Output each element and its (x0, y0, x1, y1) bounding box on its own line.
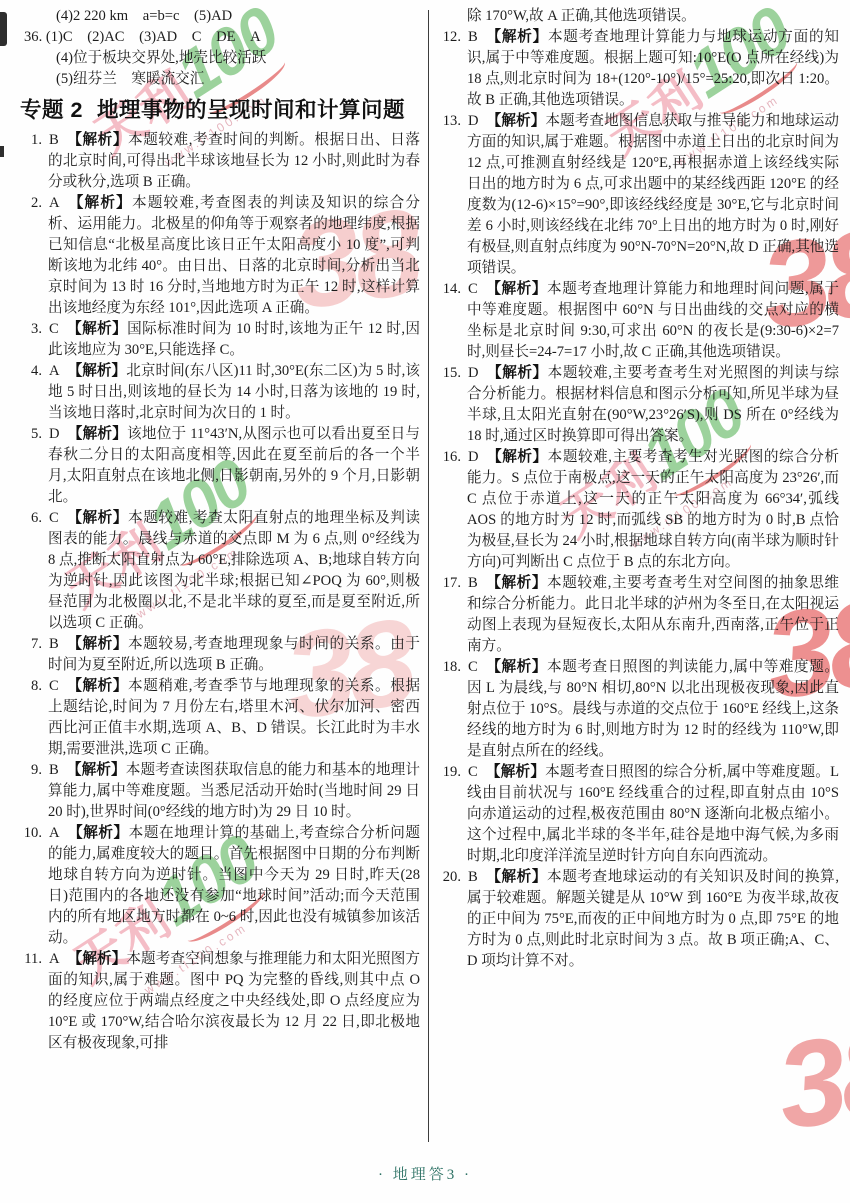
tianli38-stamp: 38 (770, 1010, 850, 1148)
explanation-item-9: 9.B【解析】本题考查读图获取信息的能力和基本的地理计算能力,属中等难度题。当悉… (22, 760, 420, 823)
item-number: 9. (22, 760, 42, 781)
item-number: 10. (22, 823, 42, 844)
item-answer: B (49, 762, 59, 778)
analysis-tag: 【解析】 (67, 321, 127, 337)
item-number: 20. (441, 867, 461, 888)
scan-smudge (0, 12, 7, 46)
item-answer: B (468, 869, 478, 885)
item-number: 5. (22, 424, 42, 445)
item-answer: C (468, 764, 478, 780)
analysis-tag: 【解析】 (67, 510, 128, 526)
item-number: 13. (441, 111, 461, 132)
item-text: 本题较难,考查图表的判读及知识的综合分析、运用能力。北极星的仰角等于观察者的地理… (48, 195, 420, 316)
section-title: 专题 2地理事物的呈现时间和计算问题 (20, 100, 420, 121)
analysis-tag: 【解析】 (486, 869, 547, 885)
item-number: 14. (441, 279, 461, 300)
item-answer: A (49, 825, 60, 841)
analysis-tag: 【解析】 (486, 29, 548, 45)
item-text: 本题在地理计算的基础上,考查综合分析问题的能力,属难度较大的题目。首先根据图中日… (48, 825, 420, 946)
exam-answer-page: 天利100 www.tl100.com 天利100 www.tl100.com … (0, 0, 850, 1203)
analysis-tag: 【解析】 (486, 575, 547, 591)
item-answer: A (49, 195, 60, 211)
item-answer: B (468, 29, 478, 45)
item-answer: C (468, 659, 478, 675)
item-number: 2. (22, 193, 42, 214)
explanation-item-16: 16.D【解析】本题较难,主要考查考生对光照图的综合分析能力。S 点位于南极点,… (441, 447, 839, 573)
analysis-tag: 【解析】 (68, 825, 129, 841)
analysis-tag: 【解析】 (486, 764, 545, 780)
item-text: 本题较难,主要考查考生对光照图的综合分析能力。S 点位于南极点,这一天的正午太阳… (467, 449, 839, 570)
analysis-tag: 【解析】 (67, 678, 128, 694)
item-answer: C (468, 281, 478, 297)
item-answer: C (49, 321, 59, 337)
item-text: 本题考查地图信息获取与推导能力和地球运动方面的知识,属于难题。根据图中赤道上日出… (467, 113, 839, 276)
analysis-tag: 【解析】 (487, 365, 548, 381)
analysis-tag: 【解析】 (67, 132, 128, 148)
item-number: 15. (441, 363, 461, 384)
section-label: 专题 2 (20, 98, 83, 122)
item-number: 6. (22, 508, 42, 529)
explanation-item-11: 11.A【解析】本题考查空间想象与推理能力和太阳光照图方面的知识,属于难题。图中… (22, 949, 420, 1054)
item-answer: B (49, 636, 59, 652)
explanation-item-5: 5.D【解析】该地位于 11°43′N,从图示也可以看出夏至日与春秋二分日的太阳… (22, 424, 420, 508)
answer-line: (5)纽芬兰 寒暖流交汇 (22, 69, 420, 90)
explanation-item-10: 10.A【解析】本题在地理计算的基础上,考查综合分析问题的能力,属难度较大的题目… (22, 823, 420, 949)
item-answer: B (49, 132, 59, 148)
analysis-tag: 【解析】 (68, 363, 127, 379)
column-right: 除 170°W,故 A 正确,其他选项错误。 12.B【解析】本题考查地理计算能… (441, 6, 839, 972)
explanation-item-3: 3.C【解析】国际标准时间为 10 时时,该地为正午 12 时,因此该地应为 3… (22, 319, 420, 361)
item-number: 18. (441, 657, 461, 678)
item-number: 17. (441, 573, 461, 594)
explanation-item-12: 12.B【解析】本题考查地理计算能力与地球运动方面的知识,属于中等难度题。根据上… (441, 27, 839, 111)
item-answer: B (468, 575, 478, 591)
item-number: 1. (22, 130, 42, 151)
analysis-tag: 【解析】 (68, 951, 127, 967)
item-answer: A (49, 951, 60, 967)
item-answer: C (49, 510, 59, 526)
explanation-item-14: 14.C【解析】本题考查地理计算能力和地理时间问题,属于中等难度题。根据图中 6… (441, 279, 839, 363)
column-divider (428, 10, 429, 1142)
explanation-item-1: 1.B【解析】本题较难,考查时间的判断。根据日出、日落的北京时间,可得出北半球该… (22, 130, 420, 193)
answer-line: (4)位于板块交界处,地壳比较活跃 (22, 48, 420, 69)
scan-smudge (0, 146, 4, 157)
item-answer: D (49, 426, 60, 442)
explanation-item-19: 19.C【解析】本题考查日照图的综合分析,属中等难度题。L 线由目前状况与 16… (441, 762, 839, 867)
analysis-tag: 【解析】 (68, 426, 128, 442)
item-number: 12. (441, 27, 461, 48)
answer-line: (4)2 220 km a=b=c (5)AD (22, 6, 420, 27)
explanation-item-15: 15.D【解析】本题较难,主要考查考生对光照图的判读与综合分析能力。根据材料信息… (441, 363, 839, 447)
explanation-item-4: 4.A【解析】北京时间(东八区)11 时,30°E(东二区)为 5 时,该地 5… (22, 361, 420, 424)
analysis-tag: 【解析】 (67, 762, 126, 778)
column-left: (4)2 220 km a=b=c (5)AD 36. (1)C (2)AC (… (22, 6, 420, 1054)
item-answer: A (49, 363, 60, 379)
analysis-tag: 【解析】 (68, 195, 132, 211)
analysis-tag: 【解析】 (486, 659, 547, 675)
explanation-item-18: 18.C【解析】本题考查日照图的判读能力,属中等难度题。因 L 为晨线,与 80… (441, 657, 839, 762)
explanation-item-8: 8.C【解析】本题稍难,考查季节与地理现象的关系。根据上题结论,时间为 7 月份… (22, 676, 420, 760)
explanation-item-2: 2.A【解析】本题较难,考查图表的判读及知识的综合分析、运用能力。北极星的仰角等… (22, 193, 420, 319)
item-number: 4. (22, 361, 42, 382)
analysis-tag: 【解析】 (486, 281, 547, 297)
item-answer: D (468, 449, 479, 465)
answer-line-q36: 36. (1)C (2)AC (3)AD C DE A (22, 27, 420, 48)
page-footer: · 地理答3 · (0, 1163, 850, 1184)
explanation-item-20: 20.B【解析】本题考查地球运动的有关知识及时间的换算,属于较难题。解题关键是从… (441, 867, 839, 972)
section-title-text: 地理事物的呈现时间和计算问题 (97, 98, 405, 122)
item-11-continuation: 除 170°W,故 A 正确,其他选项错误。 (441, 6, 839, 27)
item-answer: D (468, 365, 479, 381)
analysis-tag: 【解析】 (487, 113, 546, 129)
analysis-tag: 【解析】 (67, 636, 128, 652)
item-text: 本题较难,考查太阳直射点的地理坐标及判读图表的能力。晨线与赤道的交点即 M 为 … (48, 510, 420, 631)
explanation-item-6: 6.C【解析】本题较难,考查太阳直射点的地理坐标及判读图表的能力。晨线与赤道的交… (22, 508, 420, 634)
item-number: 16. (441, 447, 461, 468)
analysis-tag: 【解析】 (487, 449, 548, 465)
item-answer: D (468, 113, 479, 129)
item-number: 8. (22, 676, 42, 697)
explanation-item-7: 7.B【解析】本题较易,考查地理现象与时间的关系。由于时间为夏至附近,所以选项 … (22, 634, 420, 676)
item-answer: C (49, 678, 59, 694)
explanation-item-13: 13.D【解析】本题考查地图信息获取与推导能力和地球运动方面的知识,属于难题。根… (441, 111, 839, 279)
item-number: 3. (22, 319, 42, 340)
item-number: 7. (22, 634, 42, 655)
item-number: 11. (22, 949, 42, 970)
explanation-item-17: 17.B【解析】本题较难,主要考查考生对空间图的抽象思维和综合分析能力。此日北半… (441, 573, 839, 657)
item-number: 19. (441, 762, 461, 783)
